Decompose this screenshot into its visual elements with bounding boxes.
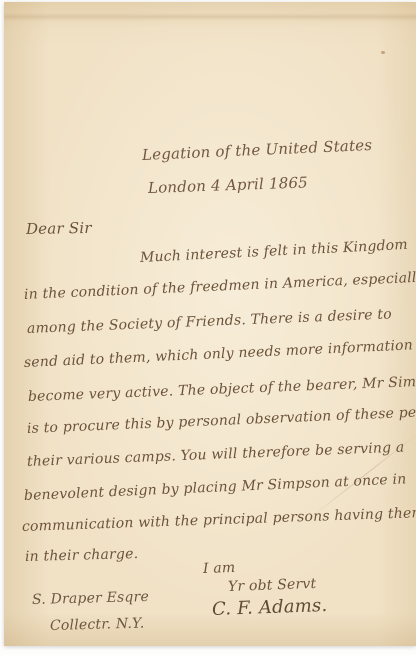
closing-line-1: I am xyxy=(203,560,236,577)
salutation: Dear Sir xyxy=(26,219,92,238)
letter-photo: Legation of the United States London 4 A… xyxy=(0,0,416,655)
signature: C. F. Adams. xyxy=(212,595,328,620)
paper-speck xyxy=(381,51,385,54)
addressee-name: S. Draper Esqre xyxy=(32,589,149,608)
closing-line-2: Yr obt Servt xyxy=(228,576,317,595)
body-line: in their charge. xyxy=(25,546,139,565)
addressee-location: Collectr. N.Y. xyxy=(50,616,145,634)
